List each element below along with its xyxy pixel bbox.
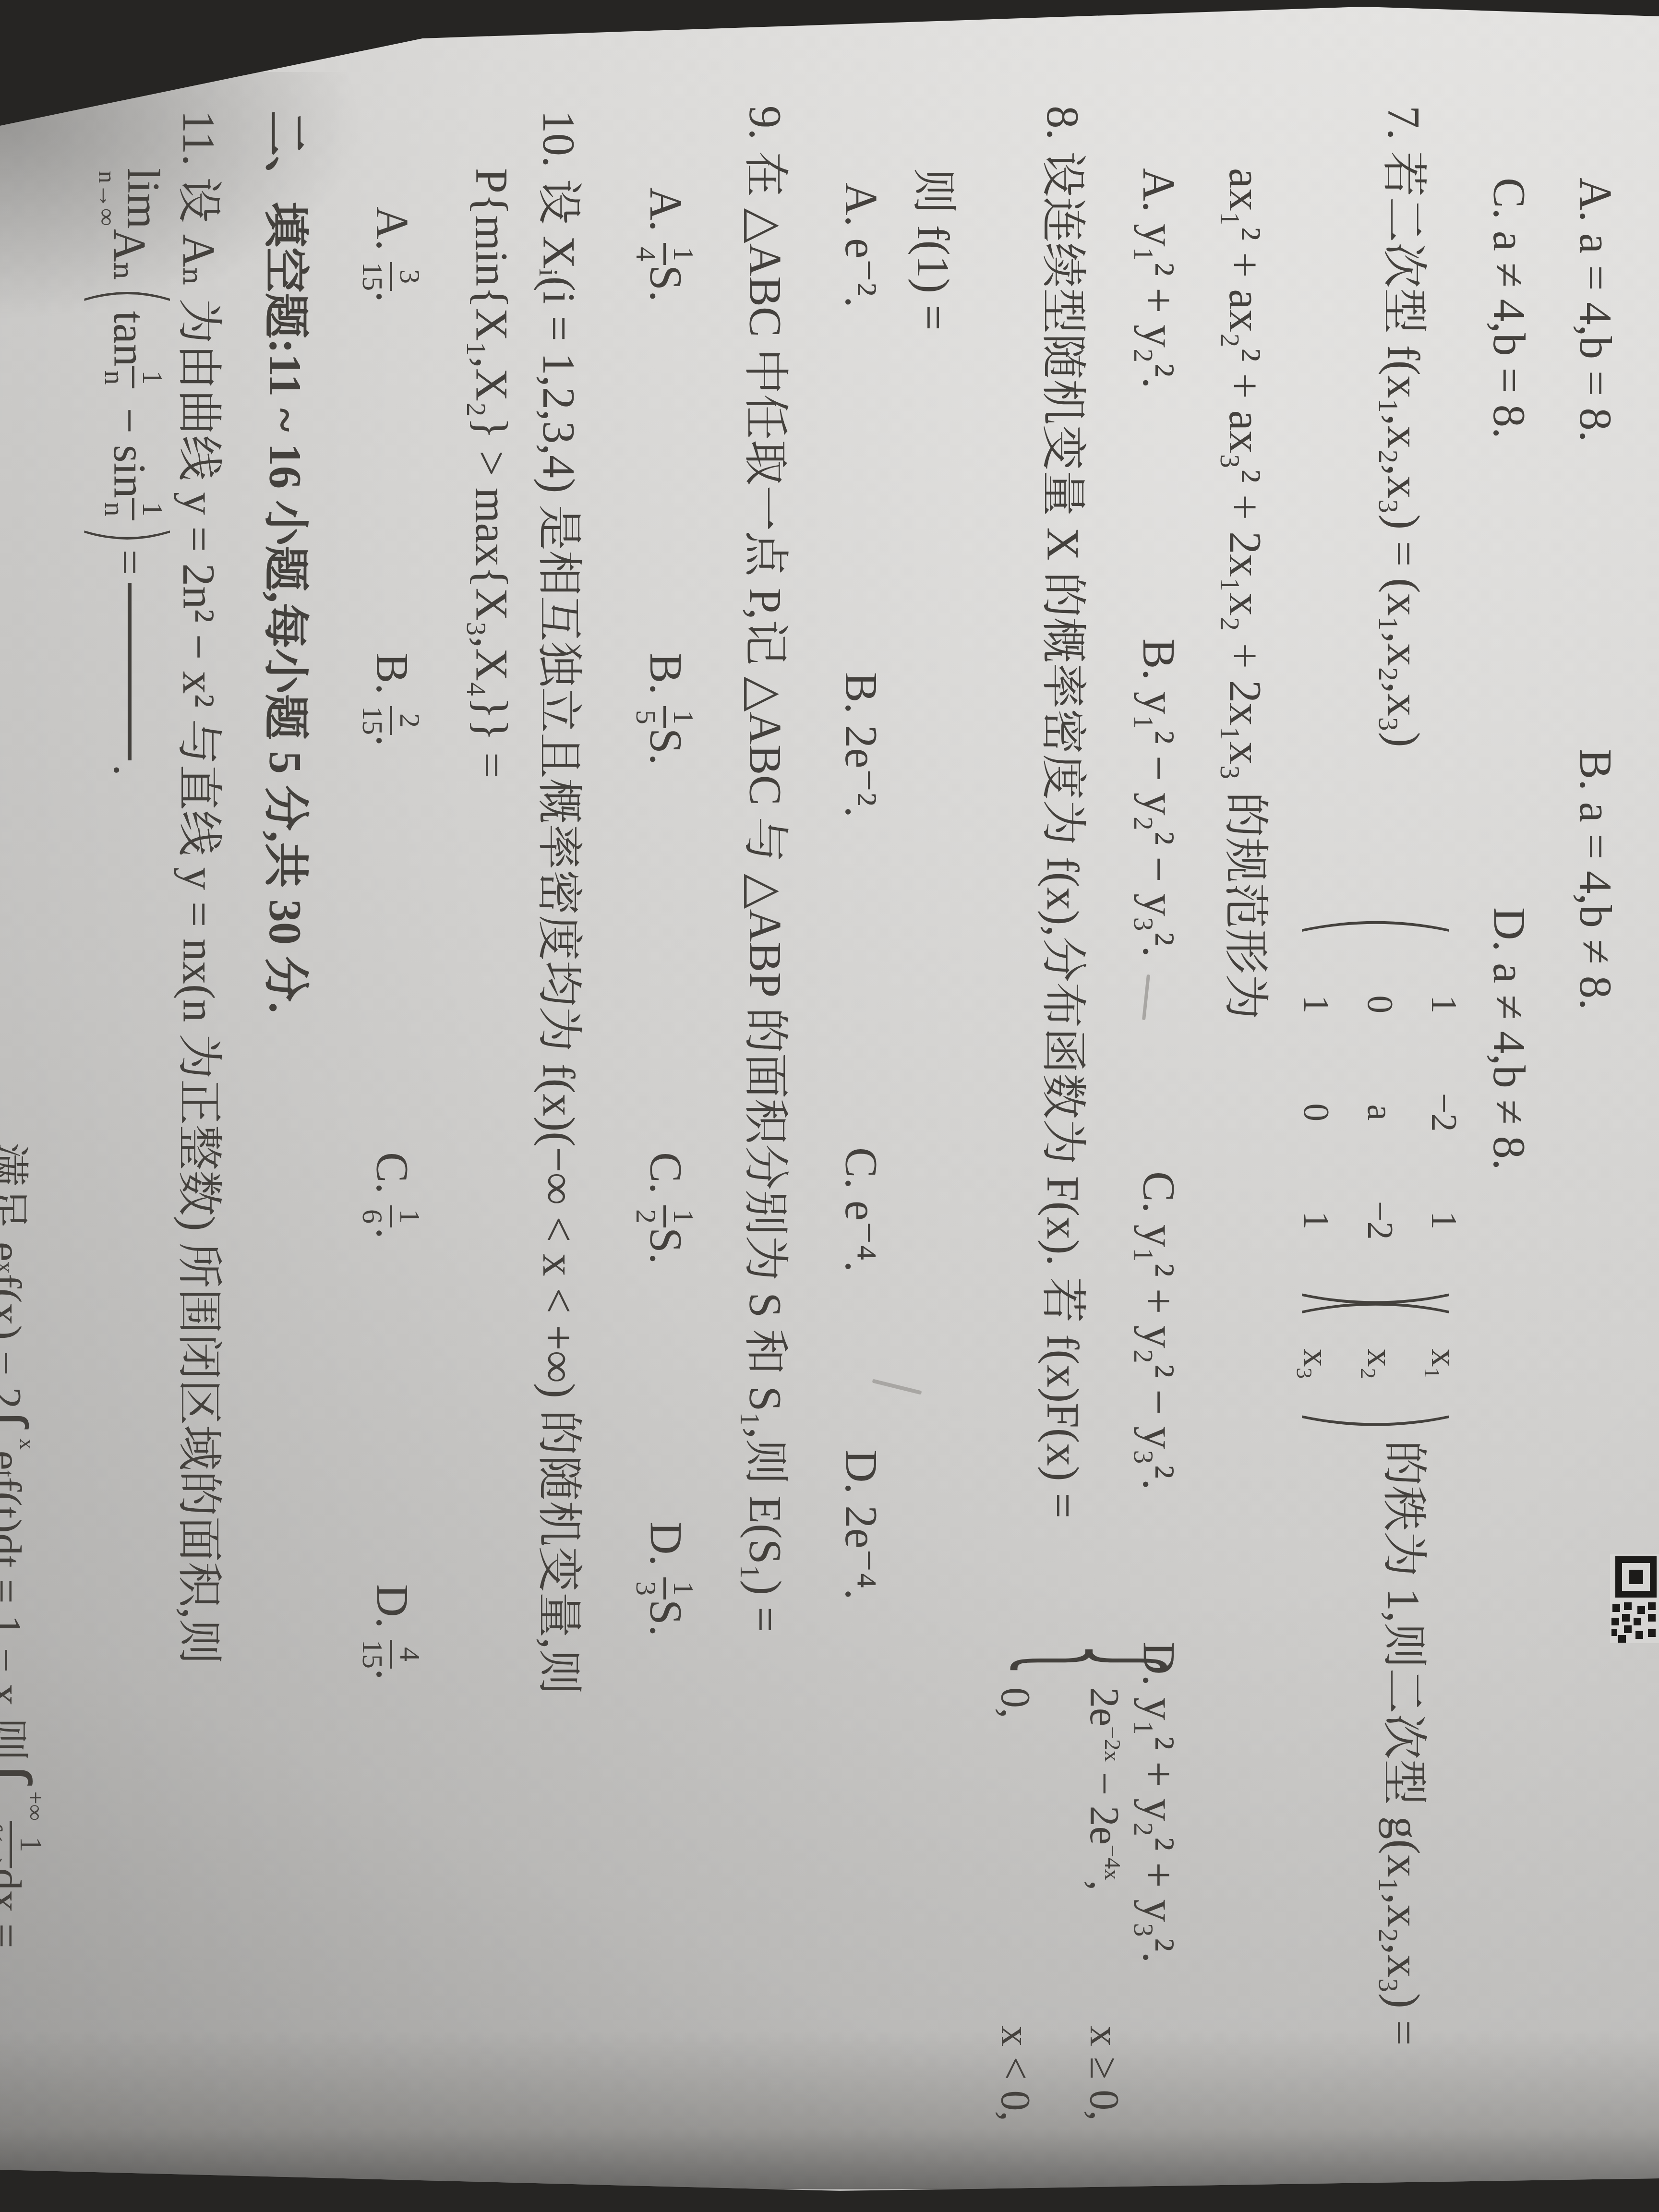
right-paren-icon: ) bbox=[74, 525, 184, 545]
fraction: 13 bbox=[631, 1577, 698, 1599]
q7-intro: 7. 若二次型 f(x₁,x₂,x₃) = (x₁,x₂,x₃) bbox=[1377, 106, 1430, 747]
q8-option-d: D. 2e⁻⁴. bbox=[835, 1450, 887, 1600]
fraction: 16 bbox=[358, 1205, 424, 1227]
q8-option-a: A. e⁻². bbox=[835, 182, 887, 308]
fraction: 415 bbox=[358, 1640, 424, 1669]
q9-option-c: C. 12S. bbox=[627, 1152, 694, 1264]
left-paren-icon: ( bbox=[74, 286, 184, 306]
fraction: 15 bbox=[631, 706, 698, 728]
q7-option-b: B. y₁² − y₂² − y₃². bbox=[1132, 638, 1185, 957]
photo-of-exam-page: { "doc": { "q6": { "optA": "A. a = 4,b =… bbox=[0, 0, 1659, 2212]
option-label: A. bbox=[367, 206, 418, 251]
pw-comma: , bbox=[1082, 1880, 1128, 1891]
q9-option-d: D. 13S. bbox=[627, 1522, 694, 1636]
q12-exponent: t bbox=[0, 1470, 20, 1477]
pw-expr: 2e bbox=[1082, 1687, 1128, 1726]
fraction: 1n bbox=[100, 366, 167, 388]
pw-condition: x ≥ 0, bbox=[1081, 2026, 1129, 2121]
qr-code-pattern bbox=[1610, 1554, 1659, 1643]
option-label: C. bbox=[367, 1152, 418, 1194]
q10-option-b: B. 215. bbox=[354, 653, 421, 746]
pencil-mark bbox=[872, 1379, 922, 1395]
q6-option-d: D. a ≠ 4,b ≠ 8. bbox=[1483, 907, 1535, 1170]
vector-right-bracket-icon: ) bbox=[1284, 1409, 1476, 1432]
q12-text: dx = bbox=[0, 1868, 31, 1948]
matrix-cell: 1 bbox=[1295, 1166, 1337, 1274]
matrix-cell: 0 bbox=[1359, 950, 1401, 1058]
matrix-cell: 1 bbox=[1423, 950, 1465, 1058]
integral-icon: ∫x bbox=[0, 1409, 32, 1451]
option-label: C. bbox=[640, 1152, 691, 1194]
q10-line1: 10. 设 Xᵢ(i = 1,2,3,4) 是相互独立且概率密度均为 f(x)(… bbox=[532, 110, 585, 1695]
q12-text: 满足 e bbox=[0, 1142, 31, 1262]
matrix-grid: 1 −2 1 0 a −2 1 0 1 bbox=[1295, 950, 1465, 1274]
q8-piecewise-row2: 0, x < 0, bbox=[992, 1687, 1040, 1719]
fraction: 315 bbox=[358, 262, 424, 291]
piecewise-brace-icon: { bbox=[998, 1636, 1196, 1686]
vector-grid: x₁ x₂ x₃ bbox=[1295, 1328, 1465, 1400]
pencil-mark bbox=[1142, 974, 1150, 1020]
q12-text: f(x) − 2 bbox=[0, 1274, 31, 1409]
option-label: A. bbox=[640, 187, 691, 231]
q12-text: f(t)dt = 1 − x,则 bbox=[0, 1477, 31, 1761]
matrix-cell: 0 bbox=[1295, 1058, 1337, 1166]
matrix-cell: a bbox=[1359, 1058, 1401, 1166]
q12-exponent: x bbox=[0, 1262, 20, 1274]
q12-text: e bbox=[0, 1451, 31, 1470]
q9-option-a: A. 14S. bbox=[627, 187, 694, 302]
pw-expr: 0, bbox=[993, 1687, 1039, 1719]
lim-text: lim bbox=[123, 168, 164, 229]
option-suffix: . bbox=[367, 291, 418, 302]
vector-cell: x₂ bbox=[1359, 1328, 1401, 1400]
qr-code-icon bbox=[1610, 1554, 1659, 1643]
matrix-left-bracket-icon: ( bbox=[1284, 914, 1476, 938]
q7-column-vector: ( x₁ x₂ x₃ ) bbox=[1295, 1296, 1465, 1432]
equals-sign: = bbox=[103, 550, 156, 576]
pw-exponent: −2x bbox=[1100, 1726, 1125, 1762]
option-label: D. bbox=[640, 1522, 691, 1566]
option-suffix: . bbox=[367, 1669, 418, 1680]
fraction: 14 bbox=[631, 243, 698, 265]
matrix-cell: 1 bbox=[1423, 1166, 1465, 1274]
q6-option-c: C. a ≠ 4,b = 8. bbox=[1483, 178, 1535, 439]
option-suffix: S. bbox=[640, 1227, 691, 1264]
q7-matrix: ( 1 −2 1 0 a −2 1 0 1 ) bbox=[1295, 914, 1465, 1310]
q12-partial-line: 满足 ex f(x) − 2 ∫x et f(t)dt = 1 − x,则 ∫+… bbox=[0, 1142, 42, 1948]
q9-line: 9. 在 △ABC 中任取一点 P,记 △ABC 与 △ABP 的面积分别为 S… bbox=[739, 106, 791, 1633]
q8-line1: 8. 设连续型随机变量 X 的概率密度为 f(x),分布函数为 F(x). 若 … bbox=[1036, 106, 1089, 1518]
matrix-cell: −2 bbox=[1359, 1166, 1401, 1274]
answer-blank bbox=[128, 583, 136, 760]
q8-then: 则 f(1) = bbox=[907, 168, 959, 330]
q10-option-c: C. 16. bbox=[354, 1152, 421, 1239]
q9-option-b: B. 15S. bbox=[627, 653, 694, 765]
option-suffix: S. bbox=[640, 1599, 691, 1636]
q7-option-d: D. y₁² + y₂² + y₃². bbox=[1132, 1642, 1185, 1963]
pw-condition: x < 0, bbox=[992, 2026, 1040, 2121]
A-n-term: Aₙ bbox=[103, 229, 156, 282]
q6-option-a: A. a = 4,b = 8. bbox=[1569, 178, 1622, 442]
option-label: B. bbox=[640, 653, 691, 695]
fraction: 1n bbox=[100, 498, 167, 520]
vector-left-bracket-icon: ( bbox=[1284, 1296, 1476, 1320]
q7-line2: ax₁² + ax₂² + ax₃² + 2x₁x₂ + 2x₁x₃ 的规范形为 bbox=[1219, 168, 1271, 1020]
option-suffix: S. bbox=[640, 728, 691, 765]
option-suffix: S. bbox=[640, 265, 691, 302]
rotated-document: A. a = 4,b = 8. B. a = 4,b ≠ 8. C. a ≠ 4… bbox=[0, 0, 1659, 2212]
fraction: 12 bbox=[631, 1205, 698, 1227]
integral-icon: ∫+∞−∞ bbox=[0, 1761, 36, 1821]
q7-option-a: A. y₁² + y₂². bbox=[1132, 168, 1185, 388]
limit-operator: lim n→∞ bbox=[96, 168, 164, 229]
minus-sin-text: − sin bbox=[103, 408, 156, 498]
q10-option-d: D. 415. bbox=[354, 1584, 421, 1680]
vector-cell: x₁ bbox=[1423, 1328, 1465, 1400]
matrix-cell: −2 bbox=[1423, 1058, 1465, 1166]
period: . bbox=[103, 764, 156, 776]
option-label: D. bbox=[367, 1584, 418, 1628]
q8-option-c: C. e⁻⁴. bbox=[835, 1147, 887, 1272]
pw-expr: − 2e bbox=[1082, 1762, 1128, 1845]
pw-exponent: −4x bbox=[1100, 1845, 1125, 1880]
fraction: 215 bbox=[358, 706, 424, 735]
option-suffix: . bbox=[367, 735, 418, 746]
q10-option-a: A. 315. bbox=[354, 206, 421, 302]
matrix-cell: 1 bbox=[1295, 950, 1337, 1058]
q8-piecewise-row1: 2e−2x − 2e−4x, x ≥ 0, bbox=[1081, 1687, 1129, 1890]
section-2-header: 二、填空题:11 ~ 16 小题,每小题 5 分,共 30 分. bbox=[259, 110, 311, 1013]
vector-cell: x₃ bbox=[1295, 1328, 1337, 1400]
q6-option-b: B. a = 4,b ≠ 8. bbox=[1569, 749, 1622, 1010]
q11-line1: 11. 设 Aₙ 为由曲线 y = 2n² − x² 与直线 y = nx(n … bbox=[172, 110, 225, 1664]
q8-option-b: B. 2e⁻². bbox=[835, 672, 887, 817]
fraction: 1f(x) bbox=[0, 1821, 47, 1868]
q10-line2: P{min{X₁,X₂} > max{X₃,X₄}} = bbox=[465, 168, 517, 778]
option-suffix: . bbox=[367, 1227, 418, 1239]
option-label: B. bbox=[367, 653, 418, 695]
q11-limit-line: lim n→∞ Aₙ ( tan 1n − sin 1n ) = . bbox=[96, 168, 164, 776]
q7-tail: 的秩为 1,则二次型 g(x₁,x₂,x₃) = bbox=[1377, 1440, 1430, 2045]
lim-subscript: n→∞ bbox=[96, 171, 118, 226]
tan-text: tan bbox=[103, 311, 156, 366]
q7-option-c: C. y₁² + y₂² − y₃². bbox=[1132, 1171, 1185, 1490]
